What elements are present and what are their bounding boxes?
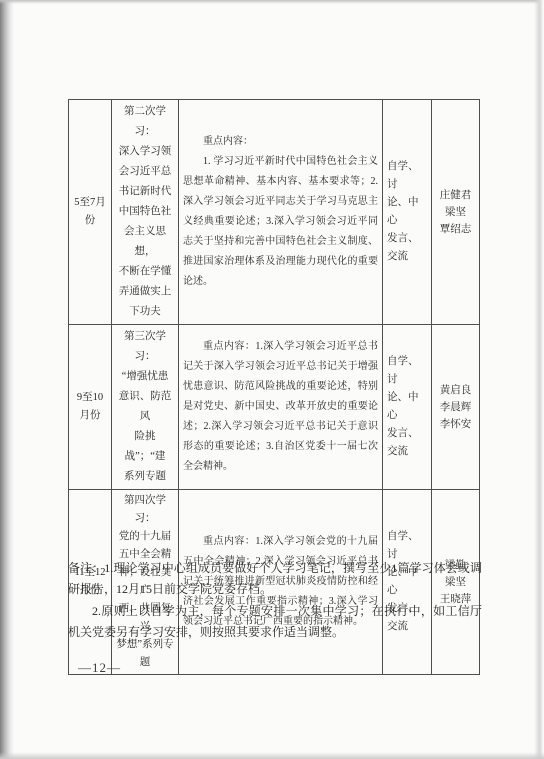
session-title-cell: 第三次学习： “增强忧患 意识、防范风 险挑战”；“建 系列专题: [112, 325, 179, 490]
content-heading: 重点内容：: [183, 132, 378, 152]
key-content-cell: 重点内容：1.深入学习领会习近平总书记关于深入学习领会习近平总书记关于增强忧患意…: [179, 325, 383, 490]
content-text: 重点内容：1.深入学习领会习近平总书记关于深入学习领会习近平总书记关于增强忧患意…: [183, 337, 378, 477]
page-edge-right: [534, 0, 544, 759]
leader-name: 黄启良: [436, 382, 475, 399]
leaders-cell: 黄启良 李晨辉 李怀安: [432, 325, 480, 490]
leader-name: 庄健君: [436, 187, 475, 204]
table-row: 9至10 月份 第三次学习： “增强忧患 意识、防范风 险挑战”；“建 系列专题…: [69, 325, 480, 490]
study-method-cell: 自学、讨 论、中心 发言、 交流: [383, 100, 432, 325]
content-text: 1. 学习习近平新时代中国特色社会主义思想革命精神、基本内容、基本要求等；2.深…: [183, 152, 378, 292]
leader-name: 李晨辉: [436, 399, 475, 416]
page-edge-top: [0, 0, 544, 4]
page-edge-bottom: [0, 752, 544, 759]
remark-2: 2.原则上以自学为主，每个专题安排一次集中学习；在执行中，如工信厅机关党委另有学…: [68, 601, 482, 643]
page-edge-left: [0, 0, 14, 759]
scanned-document-page: 5至7月 份 第二次学习： 深入学习领 会习近平总 书记新时代 中国特色社 会主…: [0, 0, 544, 759]
leaders-cell: 庄健君 梁坚 覃绍志: [432, 100, 480, 325]
leader-name: 李怀安: [436, 416, 475, 433]
period-cell: 5至7月 份: [69, 100, 112, 325]
table-row: 5至7月 份 第二次学习： 深入学习领 会习近平总 书记新时代 中国特色社 会主…: [69, 100, 480, 325]
key-content-cell: 重点内容： 1. 学习习近平新时代中国特色社会主义思想革命精神、基本内容、基本要…: [179, 100, 383, 325]
remark-1: 备注：1.理论学习中心组成员要做好个人学习笔记，撰写至少1篇学习体会或调研报告，…: [68, 558, 482, 600]
leader-name: 覃绍志: [436, 221, 475, 238]
period-cell: 9至10 月份: [69, 325, 112, 490]
session-title-cell: 第二次学习： 深入学习领 会习近平总 书记新时代 中国特色社 会主义思想， 不断…: [112, 100, 179, 325]
page-number: —12—: [78, 660, 121, 676]
leader-name: 梁坚: [436, 204, 475, 221]
study-method-cell: 自学、讨 论、中心 发言、 交流: [383, 325, 432, 490]
remarks-section: 备注：1.理论学习中心组成员要做好个人学习笔记，撰写至少1篇学习体会或调研报告，…: [68, 558, 482, 643]
